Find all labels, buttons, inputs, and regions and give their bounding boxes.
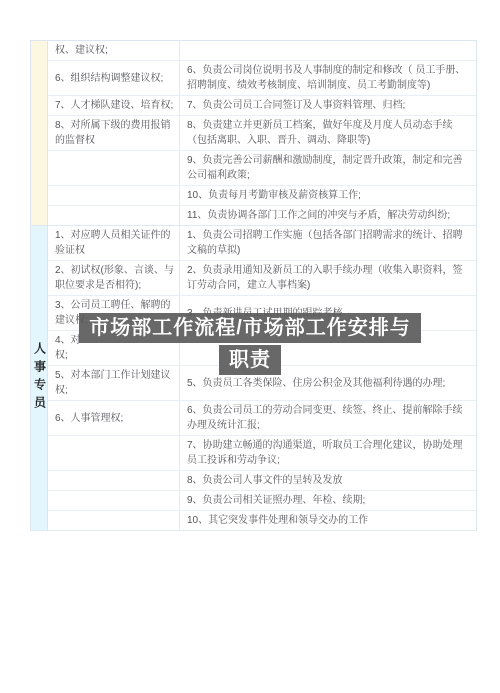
duty-text: 9、负责公司相关证照办理、年检、续期; — [187, 493, 365, 508]
authority-cell: 3、公司员工聘任、解聘的建议权; — [48, 296, 180, 330]
duty-cell: 10、负责每月考勤审核及薪资核算工作; — [180, 186, 476, 205]
duty-text: 10、其它突发事件处理和领导交办的工作 — [187, 513, 368, 528]
role-label: 人事专员 — [32, 342, 47, 414]
duty-cell: 5、负责员工各类保险、住房公积金及其他福利待遇的办理; — [180, 366, 476, 400]
duty-text: 8、负责建立并更新员工档案，做好年度及月度人员动态手续（包括离职、入职、晋升、调… — [187, 118, 469, 148]
authority-text: 3、公司员工聘任、解聘的建议权; — [55, 298, 175, 328]
authority-text: 2、初试权(形象、言谈、与职位要求是否相符); — [55, 263, 175, 293]
role-label-cell-specialist: 人事专员 — [31, 226, 48, 530]
authority-cell: 1、对应聘人员相关证件的验证权 — [48, 226, 180, 260]
authority-text: 5、对本部门工作计划建议权; — [55, 368, 175, 398]
authority-cell: 8、对所属下级的费用报销的监督权 — [48, 116, 180, 150]
table-row: 7、人才梯队建设、培育权; 7、负责公司员工合同签订及人事资料管理、归档; — [48, 95, 476, 115]
authority-text: 权、建议权; — [55, 43, 108, 58]
duties-table: 权、建议权; 6、组织结构调整建议权; 6、负责公司岗位说明书及人事制度的制定和… — [30, 40, 477, 531]
duty-cell: 6、负责公司员工的劳动合同变更、续签、终止、提前解除手续办理及统计汇报; — [180, 401, 476, 435]
table-row: 1、对应聘人员相关证件的验证权 1、负责公司招聘工作实施（包括各部门招聘需求的统… — [48, 226, 476, 260]
role-label-cell-manager — [31, 41, 48, 225]
duty-cell: 3、负责新进员工试用期的跟踪考核 — [180, 296, 476, 330]
duty-text: 8、负责公司人事文件的呈转及发放 — [187, 473, 343, 488]
table-row: 6、人事管理权; 6、负责公司员工的劳动合同变更、续签、终止、提前解除手续办理及… — [48, 400, 476, 435]
duty-cell: 2、负责录用通知及新员工的入职手续办理（收集入职资料，签订劳动合同，建立人事档案… — [180, 261, 476, 295]
table-row: 6、组织结构调整建议权; 6、负责公司岗位说明书及人事制度的制定和修改（ 员工手… — [48, 60, 476, 95]
duty-text: 11、负责协调各部门工作之间的冲突与矛盾，解决劳动纠纷; — [187, 208, 450, 223]
table-row: 2、初试权(形象、言谈、与职位要求是否相符); 2、负责录用通知及新员工的入职手… — [48, 260, 476, 295]
duty-cell: 7、负责公司员工合同签订及人事资料管理、归档; — [180, 96, 476, 115]
authority-cell: 权、建议权; — [48, 41, 180, 60]
duty-text: 9、负责完善公司薪酬和激励制度，制定晋升政策，制定和完善公司福利政策; — [187, 153, 469, 183]
duty-text: 7、协助建立畅通的沟通渠道，听取员工合理化建议，协助处理员工投诉和劳动争议; — [187, 438, 469, 468]
authority-cell — [48, 471, 180, 490]
table-row: 权、建议权; — [48, 41, 476, 60]
authority-text: 7、人才梯队建设、培育权; — [55, 98, 173, 113]
duty-text: 3、负责新进员工试用期的跟踪考核 — [187, 306, 343, 321]
table-row: 10、其它突发事件处理和领导交办的工作 — [48, 510, 476, 530]
authority-text: 6、组织结构调整建议权; — [55, 71, 163, 86]
duty-text: 6、负责公司员工的劳动合同变更、续签、终止、提前解除手续办理及统计汇报; — [187, 403, 469, 433]
authority-cell — [48, 511, 180, 530]
duty-text: 7、负责公司员工合同签订及人事资料管理、归档; — [187, 98, 405, 113]
authority-cell: 5、对本部门工作计划建议权; — [48, 366, 180, 400]
table-row: 3、公司员工聘任、解聘的建议权; 3、负责新进员工试用期的跟踪考核 — [48, 295, 476, 330]
table-row: 5、对本部门工作计划建议权; 5、负责员工各类保险、住房公积金及其他福利待遇的办… — [48, 365, 476, 400]
duty-cell: 7、协助建立畅通的沟通渠道，听取员工合理化建议，协助处理员工投诉和劳动争议; — [180, 436, 476, 470]
authority-text: 4、对 权; — [55, 333, 81, 363]
duty-cell — [180, 331, 476, 365]
authority-cell: 4、对 权; — [48, 331, 180, 365]
duty-cell: 9、负责完善公司薪酬和激励制度，制定晋升政策，制定和完善公司福利政策; — [180, 151, 476, 185]
duty-cell: 8、负责公司人事文件的呈转及发放 — [180, 471, 476, 490]
authority-cell: 7、人才梯队建设、培育权; — [48, 96, 180, 115]
duty-text: 2、负责录用通知及新员工的入职手续办理（收集入职资料，签订劳动合同，建立人事档案… — [187, 263, 469, 293]
duty-cell: 9、负责公司相关证照办理、年检、续期; — [180, 491, 476, 510]
table-row: 10、负责每月考勤审核及薪资核算工作; — [48, 185, 476, 205]
section-rows: 权、建议权; 6、组织结构调整建议权; 6、负责公司岗位说明书及人事制度的制定和… — [48, 41, 476, 225]
duty-cell: 8、负责建立并更新员工档案，做好年度及月度人员动态手续（包括离职、入职、晋升、调… — [180, 116, 476, 150]
duty-text: 5、负责员工各类保险、住房公积金及其他福利待遇的办理; — [187, 376, 445, 391]
authority-cell — [48, 436, 180, 470]
duty-cell: 1、负责公司招聘工作实施（包括各部门招聘需求的统计、招聘文稿的草拟) — [180, 226, 476, 260]
table-row: 8、负责公司人事文件的呈转及发放 — [48, 470, 476, 490]
authority-cell: 2、初试权(形象、言谈、与职位要求是否相符); — [48, 261, 180, 295]
table-row: 9、负责公司相关证照办理、年检、续期; — [48, 490, 476, 510]
authority-text: 1、对应聘人员相关证件的验证权 — [55, 228, 175, 258]
authority-cell: 6、组织结构调整建议权; — [48, 61, 180, 95]
duty-cell: 11、负责协调各部门工作之间的冲突与矛盾，解决劳动纠纷; — [180, 206, 476, 225]
section-rows: 1、对应聘人员相关证件的验证权 1、负责公司招聘工作实施（包括各部门招聘需求的统… — [48, 226, 476, 530]
duty-cell — [180, 41, 476, 60]
authority-text: 8、对所属下级的费用报销的监督权 — [55, 118, 175, 148]
duty-text: 10、负责每月考勤审核及薪资核算工作; — [187, 188, 361, 203]
duty-cell: 6、负责公司岗位说明书及人事制度的制定和修改（ 员工手册、招聘制度、绩效考核制度… — [180, 61, 476, 95]
duty-text: 1、负责公司招聘工作实施（包括各部门招聘需求的统计、招聘文稿的草拟) — [187, 228, 469, 258]
table-row: 7、协助建立畅通的沟通渠道，听取员工合理化建议，协助处理员工投诉和劳动争议; — [48, 435, 476, 470]
authority-cell — [48, 491, 180, 510]
duty-cell: 10、其它突发事件处理和领导交办的工作 — [180, 511, 476, 530]
duty-text: 6、负责公司岗位说明书及人事制度的制定和修改（ 员工手册、招聘制度、绩效考核制度… — [187, 63, 469, 93]
authority-cell — [48, 186, 180, 205]
authority-cell — [48, 206, 180, 225]
table-section-specialist: 人事专员 1、对应聘人员相关证件的验证权 1、负责公司招聘工作实施（包括各部门招… — [31, 225, 476, 530]
table-row: 4、对 权; — [48, 330, 476, 365]
authority-cell — [48, 151, 180, 185]
table-row: 8、对所属下级的费用报销的监督权 8、负责建立并更新员工档案，做好年度及月度人员… — [48, 115, 476, 150]
authority-cell: 6、人事管理权; — [48, 401, 180, 435]
table-row: 9、负责完善公司薪酬和激励制度，制定晋升政策，制定和完善公司福利政策; — [48, 150, 476, 185]
table-row: 11、负责协调各部门工作之间的冲突与矛盾，解决劳动纠纷; — [48, 205, 476, 225]
table-section-manager: 权、建议权; 6、组织结构调整建议权; 6、负责公司岗位说明书及人事制度的制定和… — [31, 41, 476, 225]
authority-text: 6、人事管理权; — [55, 411, 123, 426]
